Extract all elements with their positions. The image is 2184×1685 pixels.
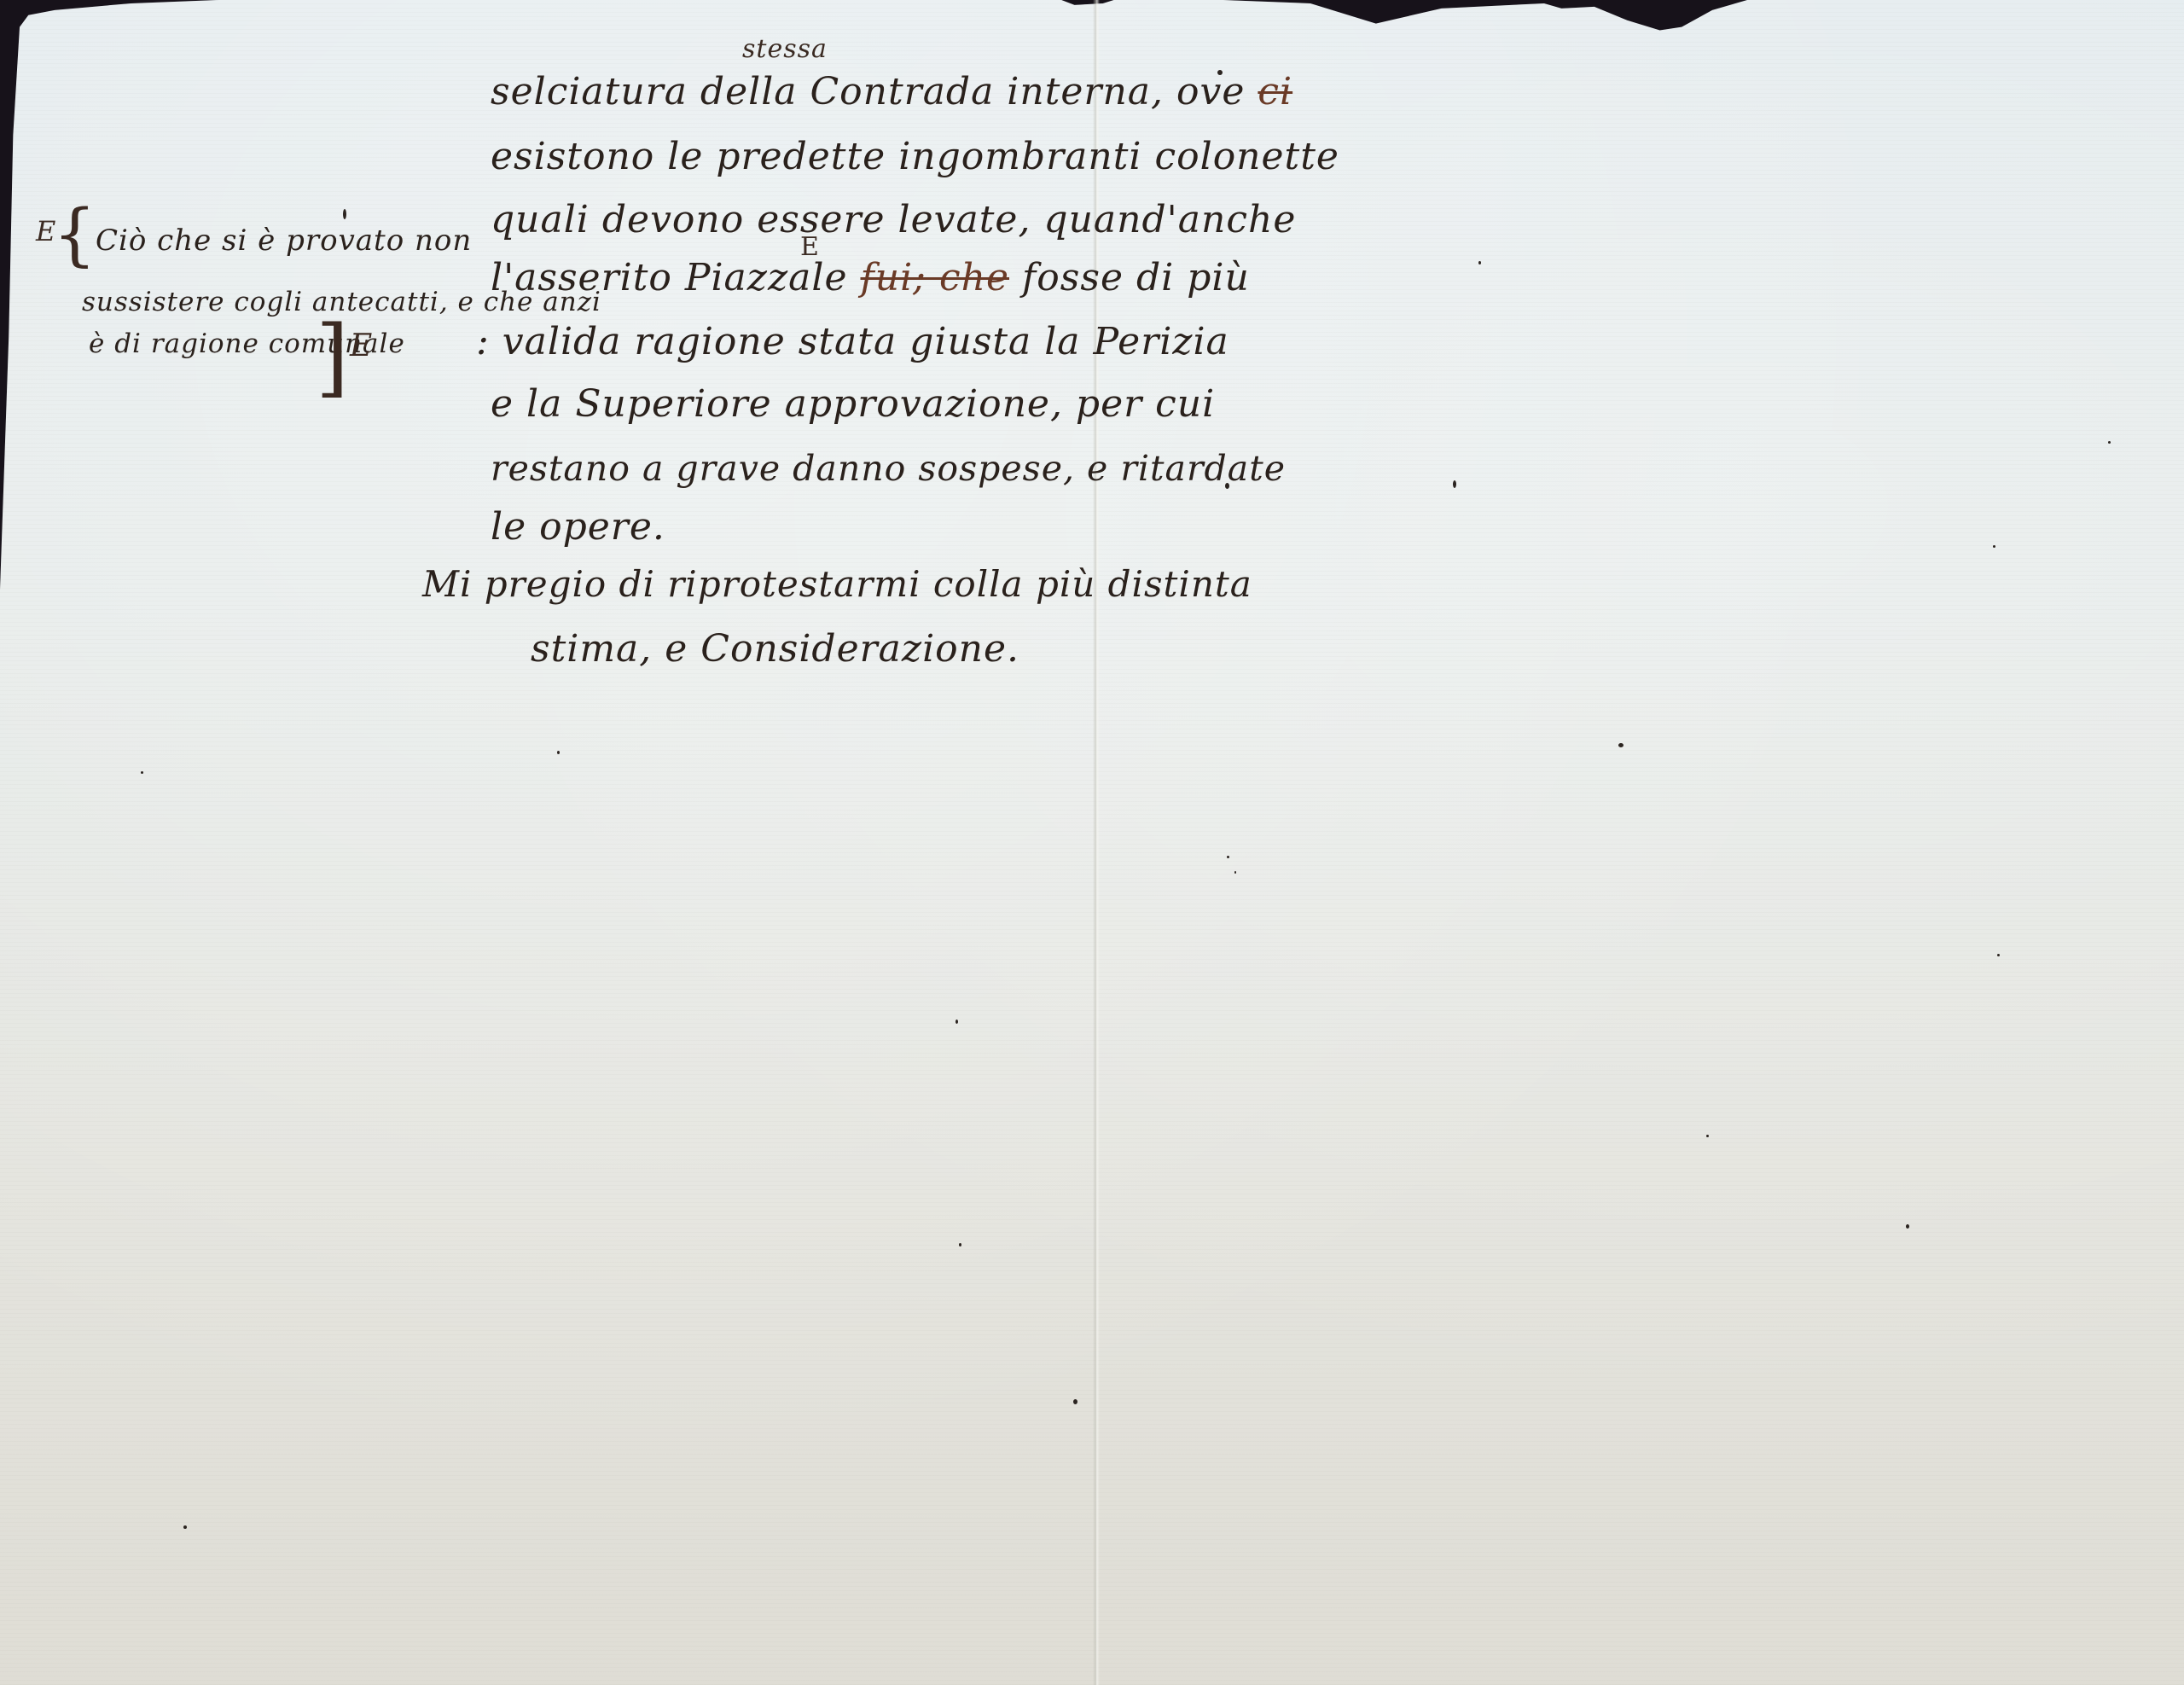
body-line-4-text: l'asserito Piazzale [491,256,847,299]
paper-speck [1706,1135,1709,1137]
paper-speck [1478,261,1481,264]
paper-speck [557,751,560,754]
interlinear-insertion: stessa [742,34,828,64]
paper-speck [1453,480,1456,488]
body-line-3: quali devono essere levate, quand'anche [491,198,1296,241]
paper-speck [2108,441,2111,444]
margin-note-line-1: Ciò che si è provato non [96,224,472,258]
paper-speck [1997,954,2000,956]
paper-speck [1227,856,1229,858]
body-line-2: esistono le predette ingombranti colonet… [491,135,1339,178]
margin-bracket-open: { [53,195,96,274]
margin-insertion-mark-close: E [350,328,372,363]
paper-speck [955,1020,958,1024]
closing-line-2: stima, e Considerazione. [531,627,1019,671]
paper-speck [1073,1399,1077,1404]
body-line-7: restano a grave danno sospese, e ritarda… [491,448,1286,489]
page-fold [1093,0,1100,1685]
paper-speck [1618,743,1623,747]
paper-speck [1234,871,1236,874]
closing-line-1: Mi pregio di riprotestarmi colla più dis… [422,563,1252,605]
margin-bracket-close: ] [316,307,349,407]
paper-speck [1906,1224,1909,1229]
paper-speck [183,1525,187,1529]
body-line-5: : valida ragione stata giusta la Perizia [476,320,1229,363]
manuscript-scan: E { Ciò che si è provato non sussistere … [0,0,2184,1685]
paper-speck [343,209,346,219]
body-line-1-text: selciatura della Contrada interna, ove [491,70,1245,113]
body-line-4: l'asserito Piazzale fui; che fosse di pi… [491,256,1250,299]
body-line-6: e la Superiore approvazione, per cui [491,382,1215,426]
body-line-8: le opere. [491,505,665,549]
body-line-4-after: fosse di più [1022,256,1250,299]
paper-speck [1993,545,1995,548]
body-line-1: selciatura della Contrada interna, ove c… [491,70,1292,113]
paper-speck [959,1243,961,1246]
paper-speck [141,771,143,774]
body-line-4-struck: fui; che [860,256,1009,299]
body-line-1-struck: ci [1258,70,1292,113]
